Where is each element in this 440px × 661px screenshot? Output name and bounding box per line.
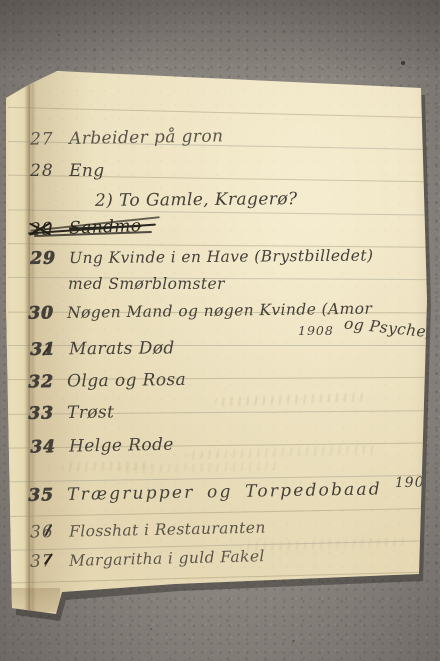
entry-27-number: 27 — [30, 129, 64, 150]
entry-30: 30 Nøgen Mand og nøgen Kvinde (Amor — [28, 299, 372, 324]
entry-37-text: Margaritha i guld Fakel — [69, 547, 265, 570]
erased-handwriting-smudge — [185, 445, 375, 461]
dust-speck — [292, 640, 295, 642]
entry-29: 29 Ung Kvinde i en Have (Brystbilledet) — [30, 246, 374, 269]
dust-speck — [58, 34, 60, 36]
entry-28: 28 Eng — [30, 161, 105, 181]
entry-29-text2: med Smørblomster — [68, 275, 225, 293]
entry-28-number: 28 — [30, 161, 64, 181]
erased-handwriting-smudge — [240, 537, 410, 552]
entry-28-text: Eng — [69, 161, 104, 181]
entry-30-text: Nøgen Mand og nøgen Kvinde (Amor — [67, 300, 372, 322]
entry-32: 32 Olga og Rosa — [28, 370, 186, 392]
entry-34-number: 34 — [30, 437, 64, 458]
entry-36: 36 Flosshat i Restauranten — [30, 518, 266, 543]
entry-35-text: Trægrupper og Torpedobaad — [67, 479, 382, 504]
dust-speck — [401, 61, 405, 65]
photo-of-notebook-page: 27 Arbeider på gron 28 Eng 2) To Gamle, … — [0, 0, 440, 661]
entry-30-year: 1908 — [298, 323, 334, 338]
entry-28-subline-text: 2) To Gamle, Kragerø? — [95, 189, 298, 211]
entry-29-line2: med Smørblomster — [68, 274, 225, 293]
notebook-page: 27 Arbeider på gron 28 Eng 2) To Gamle, … — [0, 0, 440, 661]
entry-34-text: Helge Rode — [69, 435, 174, 457]
dust-speck — [150, 628, 152, 630]
entry-31: 31 Marats Død — [30, 338, 175, 359]
entry-31-text: Marats Død — [69, 338, 175, 359]
entry-28-subline: 2) To Gamle, Kragerø? — [95, 189, 298, 211]
entry-33: 33 Trøst — [28, 402, 115, 423]
entry-33-number: 33 — [28, 403, 62, 423]
entry-32-text: Olga og Rosa — [67, 370, 186, 392]
entry-29-number: 29 — [30, 248, 64, 268]
erased-handwriting-smudge — [215, 392, 365, 406]
entry-36-text: Flosshat i Restauranten — [69, 519, 266, 541]
entry-34: 34 Helge Rode — [30, 435, 174, 458]
entry-27-text: Arbeider på gron — [69, 126, 224, 149]
entry-30-number: 30 — [28, 303, 62, 323]
entry-29-text: Ung Kvinde i en Have (Brystbilledet) — [69, 247, 373, 268]
entry-35-number: 35 — [28, 485, 62, 506]
entry-33-text: Trøst — [67, 402, 115, 423]
entry-32-number: 32 — [28, 372, 62, 392]
entry-27: 27 Arbeider på gron — [30, 126, 224, 149]
